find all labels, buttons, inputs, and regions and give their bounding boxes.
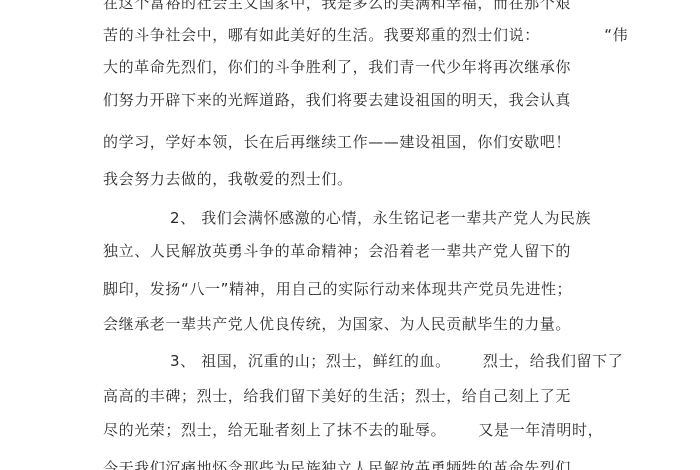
text-line: 今天我们沉痛地怀念那些为民族独立人民解放英勇牺牲的革命先烈们 [103, 459, 571, 470]
text-line: 我会努力去做的，我敬爱的烈士们。 [103, 170, 353, 188]
text-line: 的学习，学好本领，长在后再继续工作——建设祖国，你们安歇吧！ [103, 133, 571, 151]
text-line: 独立、人民解放英勇斗争的革命精神；会沿着老一辈共产党人留下的 [103, 242, 571, 260]
text-line: 们努力开辟下来的光辉道路，我们将要去建设祖国的明天，我会认真 [103, 91, 571, 109]
text-line: 高高的丰碑；烈士，给我们留下美好的生活；烈士，给自己刻上了无 [103, 387, 571, 405]
paragraph-start-line: 2、 我们会满怀感激的心情，永生铭记老一辈共产党人为民族 [170, 209, 591, 227]
text-line: 苦的斗争社会中，哪有如此美好的生活。我要郑重的烈士们说： “伟 [103, 26, 628, 44]
text-line: 在这个富裕的社会主义国家中，我是多么的美满和幸福，而在那个艰 [103, 0, 571, 12]
text-line: 大的革命先烈们，你们的斗争胜利了，我们青一代少年将再次继承你 [103, 58, 571, 76]
text-line: 脚印，发扬“八一”精神，用自己的实际行动来体现共产党员先进性； [103, 280, 572, 298]
text-line: 尽的光荣；烈士，给无耻者刻上了抹不去的耻辱。 又是一年清明时， [103, 421, 603, 439]
document-page: 在这个富裕的社会主义国家中，我是多么的美满和幸福，而在那个艰苦的斗争社会中，哪有… [0, 0, 700, 470]
text-line: 会继承老一辈共产党人优良传统，为国家、为人民贡献毕生的力量。 [103, 315, 571, 333]
paragraph-start-line: 3、 祖国，沉重的山；烈士，鲜红的血。 烈士，给我们留下了 [170, 352, 623, 370]
